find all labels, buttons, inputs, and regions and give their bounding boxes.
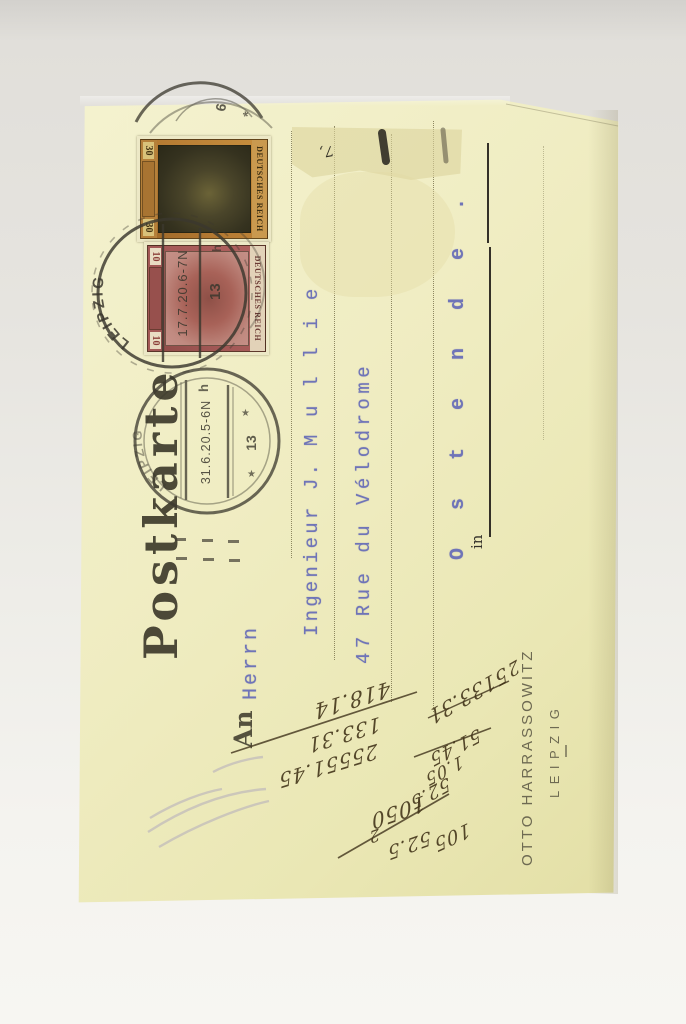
corner-crease [506,104,618,126]
postmark-1-code-side2: h [210,245,224,252]
postmark-2-star2: ★ [241,408,250,419]
postmark-1-date: 17.7.20.6-7N [175,249,190,336]
postmark-partial-top [136,83,272,133]
handwritten-top-mark: 7, [317,142,335,160]
photo-background: Postkarte An in OTTO HARRASSOWITZ LEIPZI… [0,0,686,1024]
pencil-scribbles [148,757,269,847]
postmark-and-ink-overlay: 6 * LEIPZIG 17.7.20.6-7N h 13 h LEIPZIG [0,0,686,1024]
postmark-1-code-side: h [196,384,211,392]
ink-blotch [382,133,386,161]
postmark-1-code: 13 [207,283,224,300]
postmark-2-date: 31.6.20.5-6N [199,400,213,484]
postmark-2-city: LEIPZIG [130,428,169,494]
adhesive-streak [443,130,446,161]
postmark-2-code: 13 [243,435,259,451]
postmark-1-city: LEIPZIG [89,273,132,352]
postmark-2-star: ★ [247,469,256,480]
